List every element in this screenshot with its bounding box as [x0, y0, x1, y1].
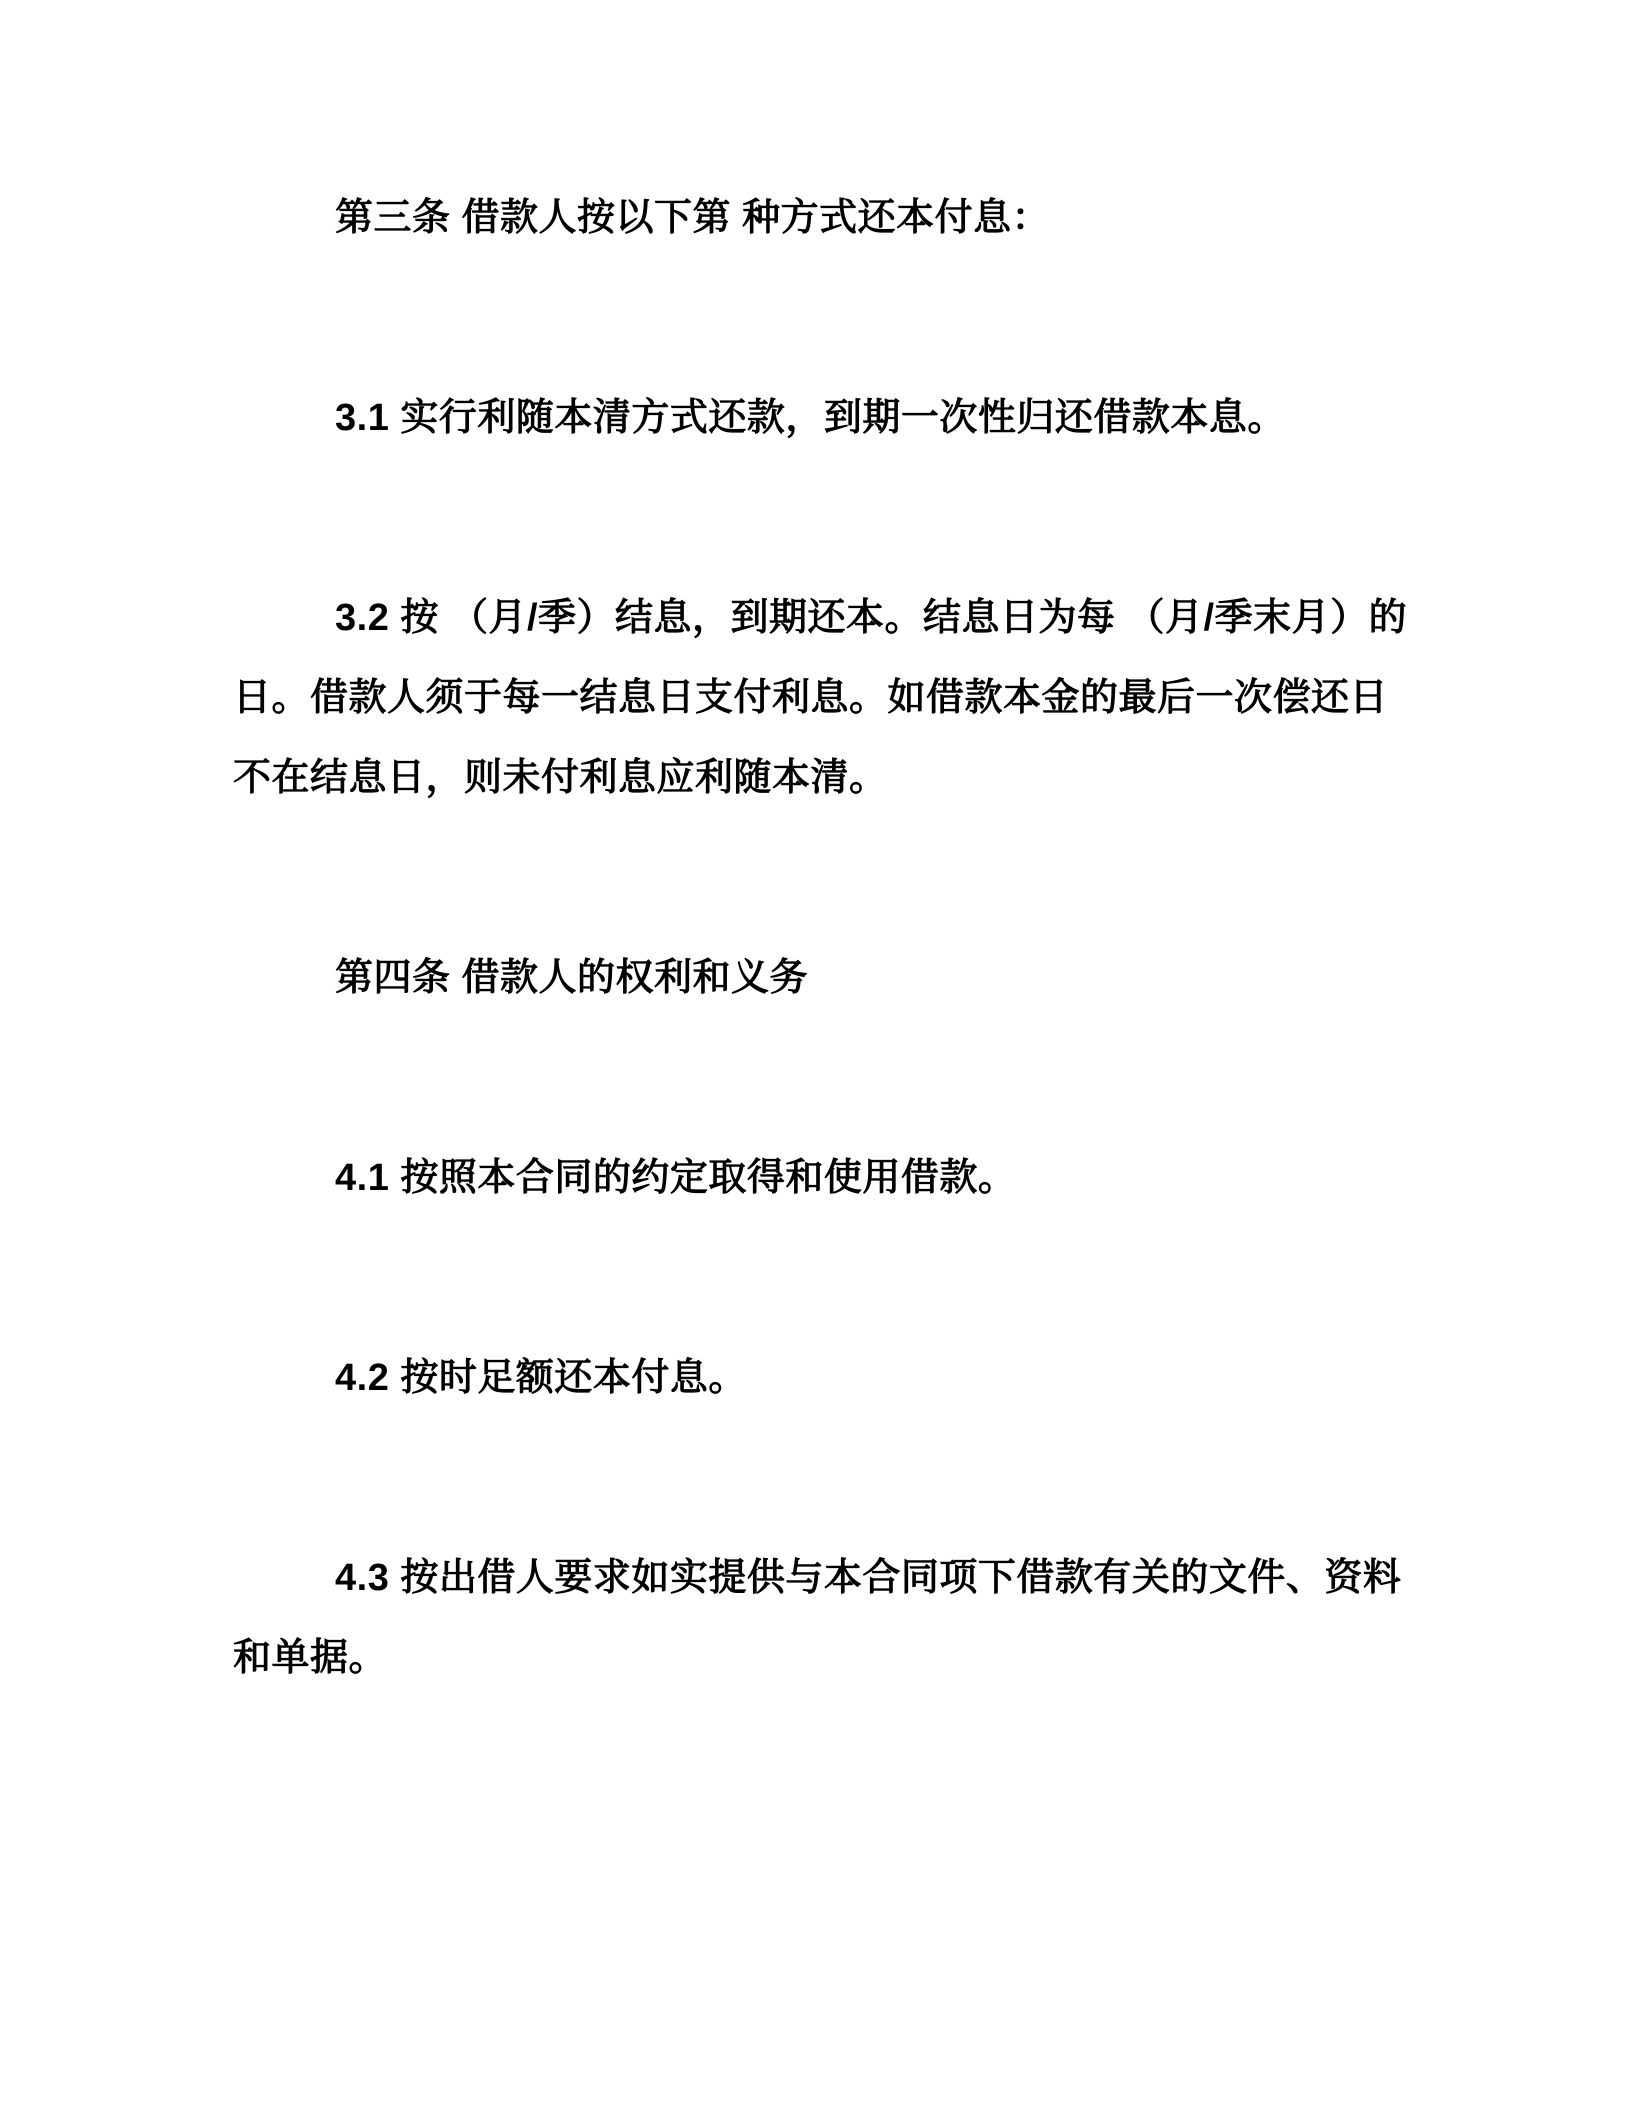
text-line: 和单据。	[233, 1618, 1403, 1698]
text-line: 4.3 按出借人要求如实提供与本合同项下借款有关的文件、资料	[233, 1538, 1403, 1618]
text-line: 第四条 借款人的权利和义务	[233, 938, 1403, 1018]
text-line: 3.2 按 （月/季）结息，到期还本。结息日为每 （月/季末月）的	[233, 578, 1403, 658]
clause-4-2: 4.2 按时足额还本付息。	[233, 1338, 1403, 1418]
text-line: 第三条 借款人按以下第 种方式还本付息：	[233, 178, 1403, 258]
clause-3-1: 3.1 实行利随本清方式还款，到期一次性归还借款本息。	[233, 378, 1403, 458]
text-line: 4.2 按时足额还本付息。	[233, 1338, 1403, 1418]
text-line: 日。借款人须于每一结息日支付利息。如借款本金的最后一次偿还日	[233, 658, 1403, 738]
clause-3-2: 3.2 按 （月/季）结息，到期还本。结息日为每 （月/季末月）的日。借款人须于…	[233, 578, 1403, 818]
text-line: 不在结息日，则未付利息应利随本清。	[233, 738, 1403, 818]
document-content: 第三条 借款人按以下第 种方式还本付息：3.1 实行利随本清方式还款，到期一次性…	[233, 178, 1403, 1818]
text-line: 4.1 按照本合同的约定取得和使用借款。	[233, 1138, 1403, 1218]
article-3-heading: 第三条 借款人按以下第 种方式还本付息：	[233, 178, 1403, 258]
article-4-heading: 第四条 借款人的权利和义务	[233, 938, 1403, 1018]
text-line: 3.1 实行利随本清方式还款，到期一次性归还借款本息。	[233, 378, 1403, 458]
document-page: 第三条 借款人按以下第 种方式还本付息：3.1 实行利随本清方式还款，到期一次性…	[0, 0, 1632, 2112]
clause-4-1: 4.1 按照本合同的约定取得和使用借款。	[233, 1138, 1403, 1218]
clause-4-3: 4.3 按出借人要求如实提供与本合同项下借款有关的文件、资料和单据。	[233, 1538, 1403, 1698]
